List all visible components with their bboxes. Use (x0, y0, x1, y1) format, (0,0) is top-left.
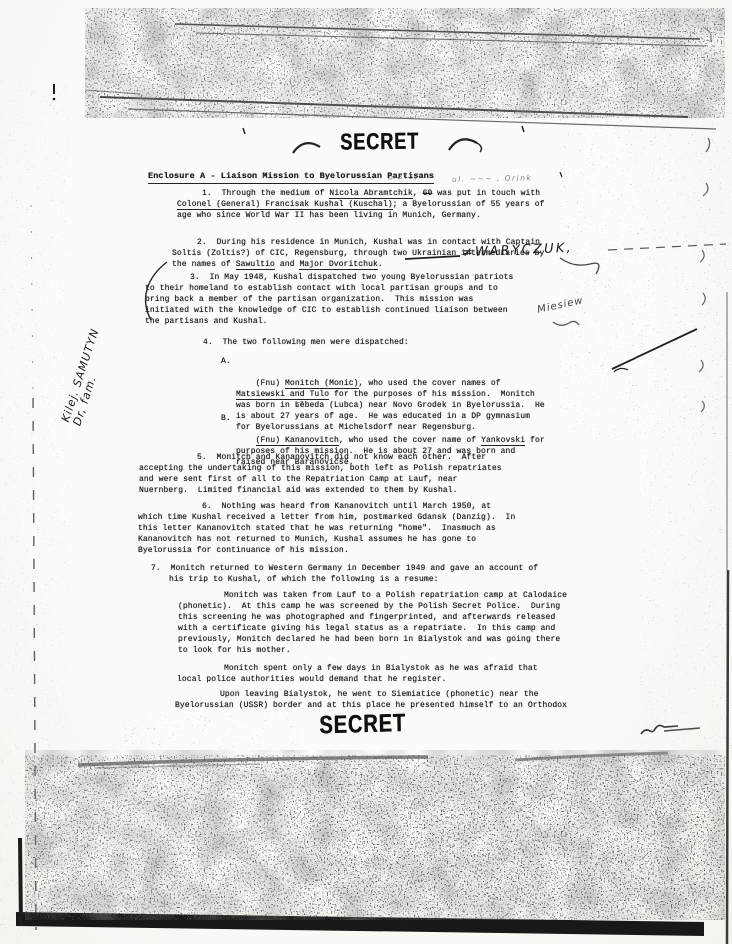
text-run: was put in touch with (432, 189, 545, 198)
text-run: , who used the cover name of (339, 436, 481, 445)
text-run: . (378, 260, 383, 269)
pen-stroke-diagonal (612, 329, 697, 369)
fold-line-dotted (31, 205, 33, 395)
noise-bottom-extra (300, 770, 720, 910)
page-edge-right-lower (727, 570, 728, 944)
text-run: 5. Monitch and Kananovitch did not know … (139, 453, 507, 495)
paragraph-7: 7. Monitch returned to Western Germany i… (169, 563, 549, 585)
pencil-annotation-2: ul. ~~~ , Orink (452, 173, 532, 183)
handwritten-note-left-margin: Kilej. SAMUTYN Dr, fam. (60, 327, 113, 427)
fold-line-dashed (33, 398, 36, 930)
scan-line (100, 97, 688, 117)
text-run: Monitch (Monic) (285, 379, 359, 389)
noise-bottom-band (25, 755, 725, 920)
page-edge-left (20, 838, 21, 926)
noise-bottom-smudge (25, 750, 725, 920)
stray-tick (522, 126, 524, 132)
text-run: Matsiewski and Tulo (236, 390, 329, 400)
pen-arc-right (449, 139, 477, 150)
paragraph-6: 6. Nothing was heard from Kananovitch un… (138, 501, 518, 556)
stray-tick (243, 128, 245, 134)
text-run: Upon leaving Bialystok, he went to Siemi… (175, 690, 567, 710)
noise-bottom-patch (120, 715, 300, 760)
text-run: , who used the cover names of (359, 379, 506, 388)
page-edge-bar (16, 912, 704, 936)
text-run: Nicola Abramtchik (329, 189, 412, 199)
text-run: (Fnu) (256, 379, 285, 388)
text-run: , (413, 189, 423, 198)
text-run: 7. Monitch returned to Western Germany i… (151, 564, 543, 584)
text-run: Colonel (General) Francisak Kushal (Kusc… (177, 200, 393, 210)
dotted-rule (608, 244, 726, 250)
paragraph-3: 3. In May 1948, Kushal dispatched two yo… (145, 272, 517, 327)
paragraph-1: 1. Through the medium of Nicola Abramtch… (177, 188, 545, 221)
secret-stamp-top: SECRET (340, 129, 419, 157)
noise-left-strip (0, 80, 70, 940)
pen-squiggle (641, 725, 678, 734)
paragraph-4: 4. The two following men were dispatched… (145, 337, 545, 348)
text-run: Sawultio (236, 260, 275, 270)
paragraph-7-sub-3: Upon leaving Bialystok, he went to Siemi… (175, 689, 573, 711)
scan-line (128, 109, 716, 129)
noise-top-band (85, 8, 725, 118)
right-margin-scribbles (699, 28, 711, 412)
text-run: Major Dvoritchuk (299, 260, 377, 270)
smudge-line (95, 764, 260, 768)
text-run: Monitch was taken from Lauf to a Polish … (178, 591, 572, 655)
list-item-b-label: B. (221, 413, 231, 424)
smudge-line (78, 757, 428, 765)
scanned-document-page: SECRET SECRET Enclosure A - Liaison Miss… (0, 0, 732, 944)
scan-line (196, 33, 706, 46)
paragraph-7-sub-2: Monitch spent only a few days in Bialyst… (177, 663, 567, 685)
list-item-a-label: A. (221, 356, 231, 367)
noise-right-column (560, 110, 732, 440)
stray-tick (560, 172, 562, 177)
superscript-annotation: s? (296, 400, 303, 408)
text-run: Yankovski (481, 436, 525, 446)
scan-line (85, 90, 140, 94)
pen-stroke-hook (614, 368, 628, 372)
handwritten-note-right-margin: Miesiew (536, 295, 584, 316)
text-run: 1. Through the medium of (202, 189, 329, 198)
pen-swirl (553, 321, 579, 325)
text-run: Monitch spent only a few days in Bialyst… (177, 664, 543, 684)
pen-arc-left (293, 143, 320, 153)
noise-top-smudge (85, 8, 725, 118)
text-run: (Fnu) Kananovitch (256, 436, 339, 446)
pencil-annotation-1: b. 8 i s / (388, 171, 418, 181)
smudge-line (515, 753, 668, 760)
text-run: and (275, 260, 300, 269)
text-run: 6. Nothing was heard from Kananovitch un… (138, 502, 520, 555)
stray-dot (53, 98, 56, 101)
noise-right-lower (640, 440, 732, 760)
pen-squiggle-tail (664, 728, 700, 731)
secret-stamp-bottom: SECRET (319, 709, 406, 740)
scan-line (175, 24, 700, 39)
pen-flourish (560, 258, 599, 274)
text-run: 3. In May 1948, Kushal dispatched two yo… (145, 273, 518, 326)
text-run: 4. The two following men were dispatched… (203, 338, 409, 347)
paragraph-5: 5. Monitch and Kananovitch did not know … (139, 452, 509, 496)
text-run: 60 (423, 189, 433, 198)
pen-arc-right-tail (477, 143, 481, 152)
paragraph-7-sub-1: Monitch was taken from Lauf to a Polish … (178, 590, 568, 656)
